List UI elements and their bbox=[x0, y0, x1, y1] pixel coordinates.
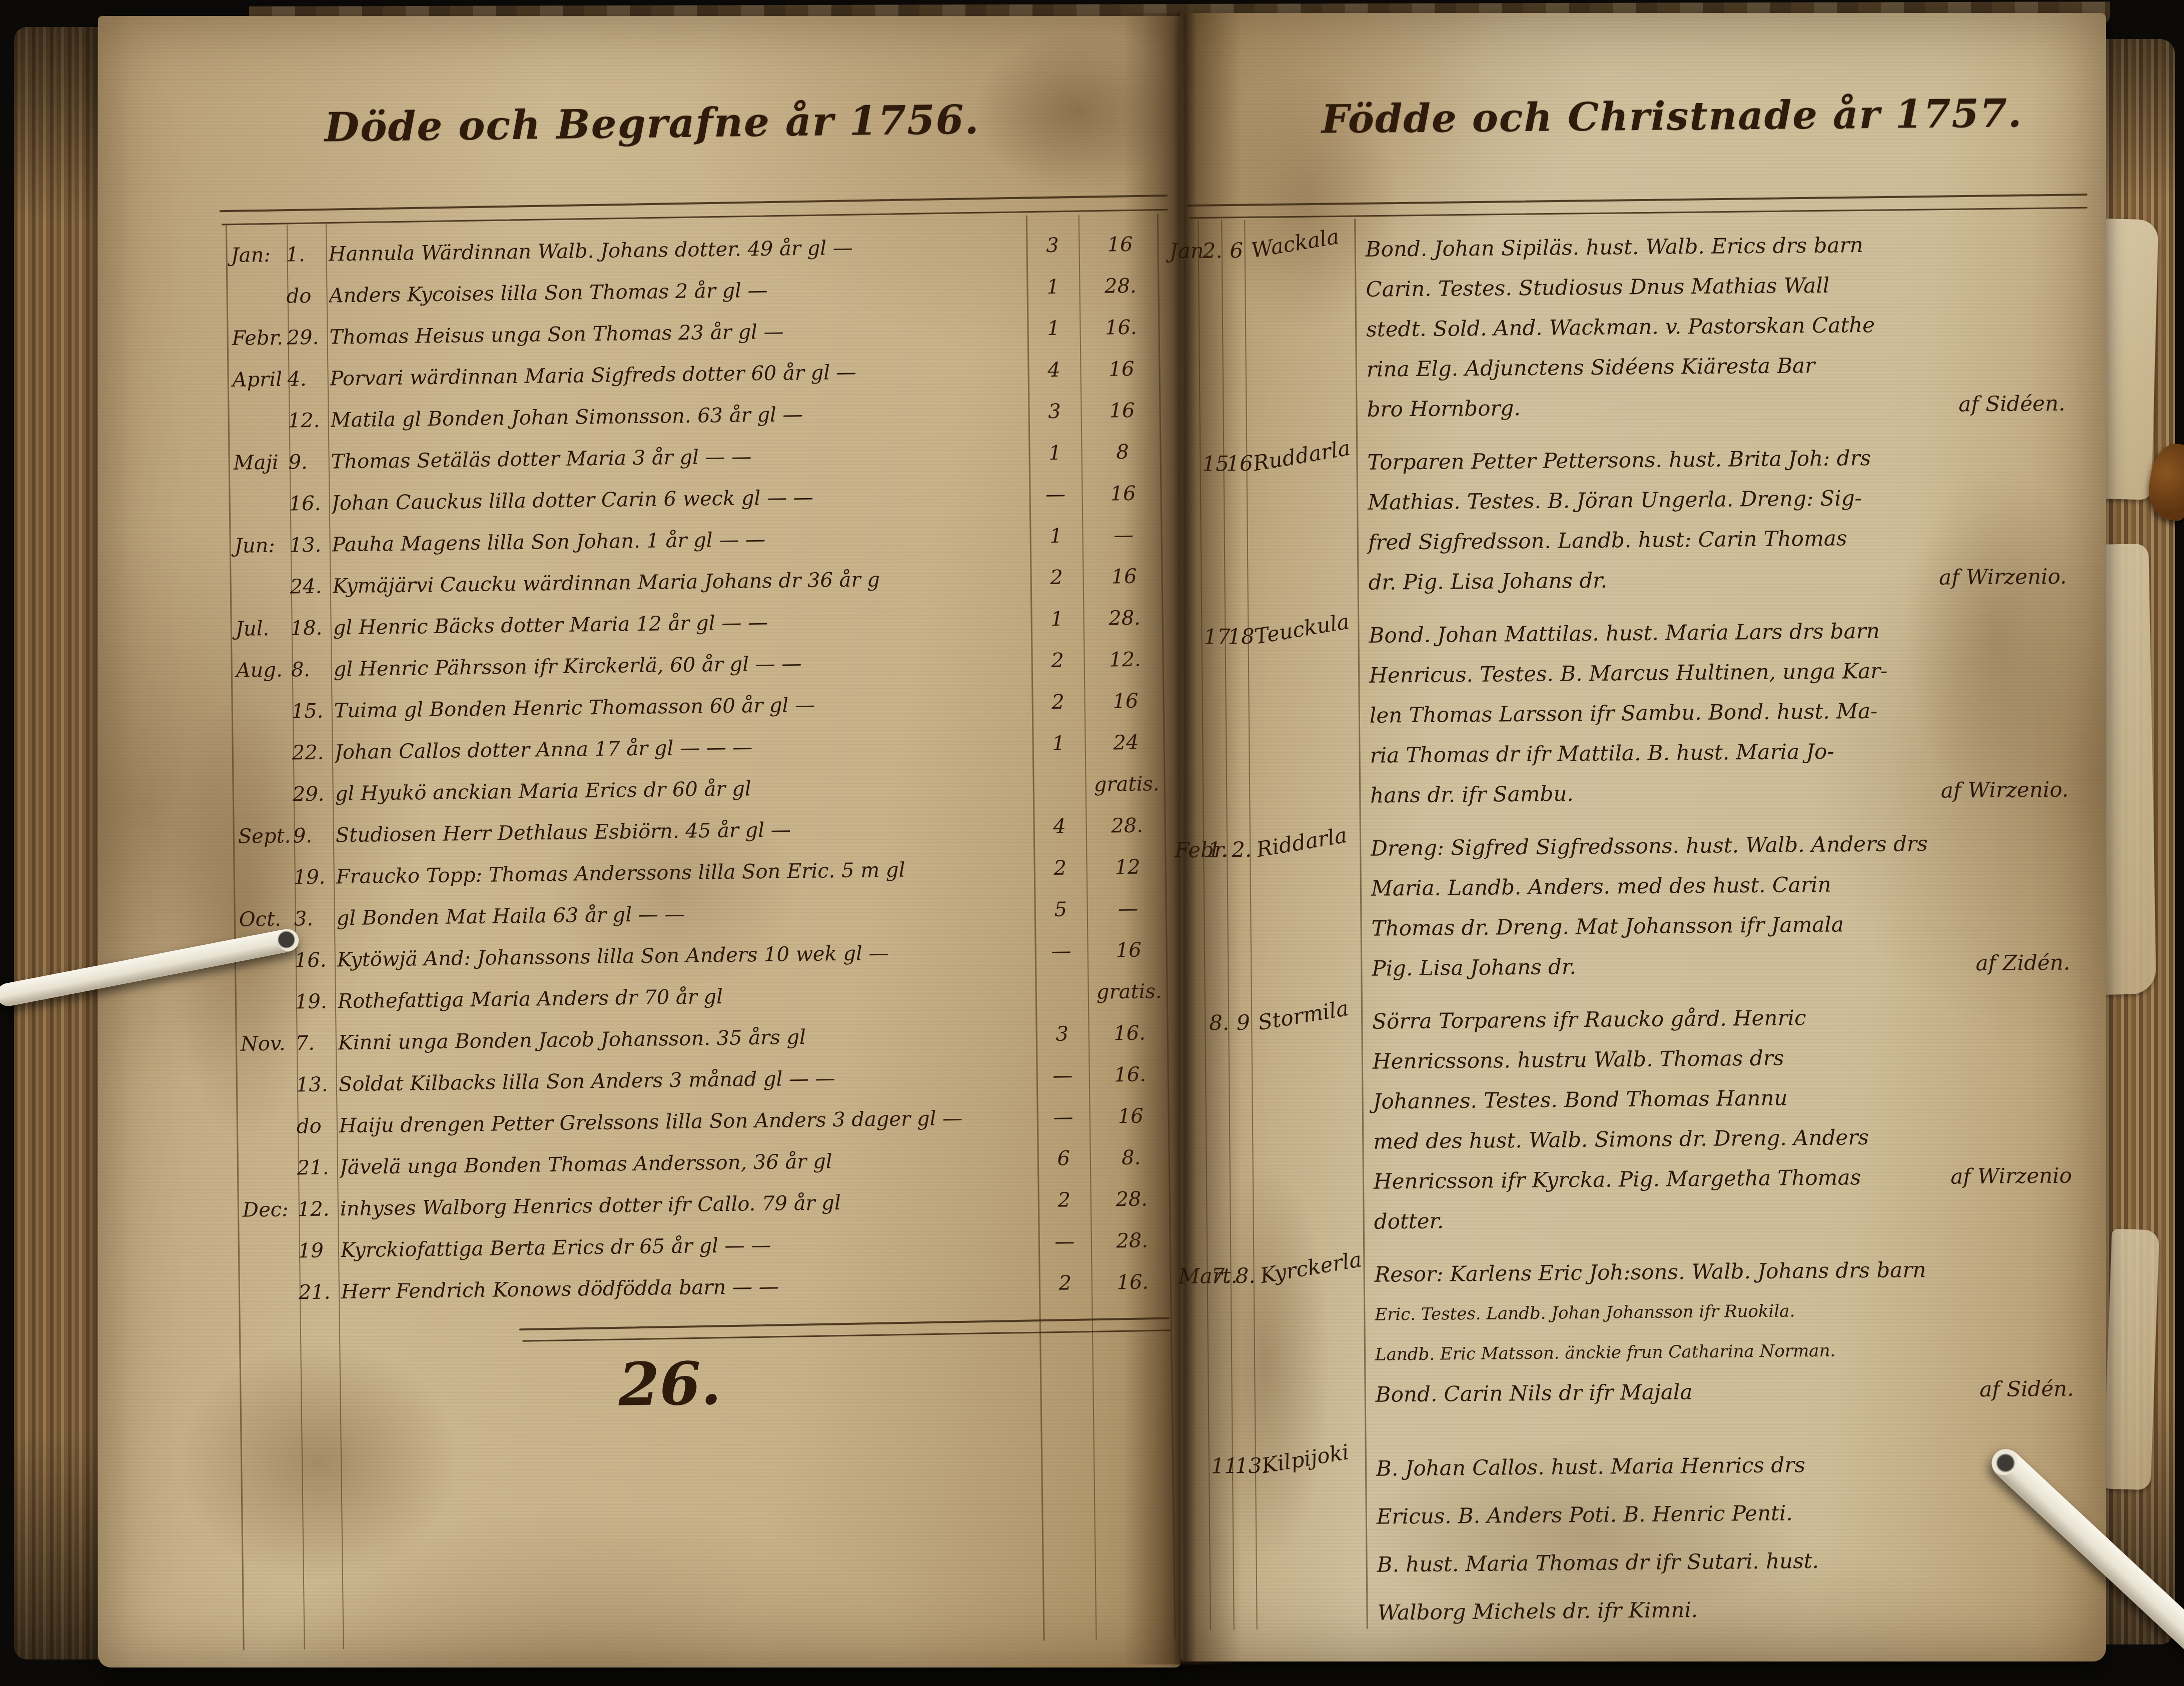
entry-line: Landb. Eric Matsson. änckie frun Cathari… bbox=[1375, 1341, 1836, 1365]
day-cell: 21. bbox=[298, 1271, 341, 1313]
baptism-day-cell: 8. bbox=[1233, 1256, 1258, 1296]
entry-line: Bond. Johan Sipiläs. hust. Walb. Erics d… bbox=[1366, 233, 1863, 262]
fee-col1: 2 bbox=[1033, 847, 1086, 889]
fee-col1: 4 bbox=[1033, 806, 1086, 848]
place-name: Riddarla bbox=[1254, 814, 1378, 867]
entry-line: hans dr. ifr Sambu. bbox=[1370, 781, 1574, 808]
place-name: Stormila bbox=[1256, 987, 1380, 1040]
day-cell: 24. bbox=[290, 566, 333, 608]
fee-col1: 2 bbox=[1038, 1262, 1091, 1304]
month-cell bbox=[237, 774, 293, 816]
day-cell: 15. bbox=[291, 690, 334, 732]
day-cell: 19. bbox=[293, 856, 336, 898]
day-cell: 19 bbox=[298, 1230, 341, 1272]
place-name: Kyrckerla bbox=[1258, 1240, 1382, 1293]
fee-col1: 3 bbox=[1026, 225, 1079, 267]
fee-col2: gratis. bbox=[1087, 971, 1171, 1013]
month-cell bbox=[237, 732, 292, 774]
torn-page-scrap bbox=[2103, 1229, 2159, 1490]
page-title: Födde och Christnade år 1757. bbox=[1309, 91, 2035, 143]
fee-col1: 1 bbox=[1028, 432, 1081, 474]
fee-col1 bbox=[1035, 972, 1088, 1014]
entry-line: bro Hornborg. bbox=[1367, 396, 1521, 422]
baptism-day-cell: 16 bbox=[1226, 444, 1251, 484]
fee-col1: 4 bbox=[1027, 349, 1080, 391]
fee-col1: 2 bbox=[1030, 557, 1083, 599]
entry-line: Dreng: Sigfred Sigfredssons. hust. Walb.… bbox=[1371, 831, 1928, 861]
entry-body: Sörra Torparens ifr Raucko gård. Henric … bbox=[1372, 995, 2089, 1241]
baptism-entry: Mart. 7. 8. Kyrckerla Resor: Karlens Eri… bbox=[1189, 1248, 2091, 1416]
fee-col1: 2 bbox=[1031, 681, 1084, 723]
fee-col2: 16 bbox=[1084, 680, 1167, 723]
baptism-day-cell: 6 bbox=[1224, 231, 1249, 271]
baptism-entry: Jan. 2. 6 Wackala Bond. Johan Sipiläs. h… bbox=[1180, 223, 2082, 431]
entry-line: B. hust. Maria Thomas dr ifr Sutari. hus… bbox=[1377, 1548, 1819, 1577]
fee-col1: — bbox=[1029, 474, 1082, 516]
fee-col2: 16 bbox=[1082, 556, 1166, 598]
right-page: Födde och Christnade år 1757. Jan. 2. 6 … bbox=[1181, 13, 2106, 1661]
entry-line: Resor: Karlens Eric Joh:sons. Walb. Joha… bbox=[1374, 1257, 1926, 1287]
summary-rule bbox=[519, 1317, 1170, 1331]
fee-col1: 1 bbox=[1032, 723, 1085, 765]
day-cell: 8. bbox=[291, 649, 334, 691]
entry-line: Carin. Testes. Studiosus Dnus Mathias Wa… bbox=[1366, 273, 1829, 302]
day-cell: 18. bbox=[290, 607, 333, 649]
entry-line: Sörra Torparens ifr Raucko gård. Henric bbox=[1372, 1005, 1806, 1034]
entry-line: Eric. Testes. Landb. Johan Johansson ifr… bbox=[1375, 1301, 1795, 1324]
entry-line: Henricus. Testes. B. Marcus Hultinen, un… bbox=[1369, 659, 1888, 688]
day-cell: 13. bbox=[289, 524, 332, 566]
month-cell bbox=[242, 1147, 297, 1189]
entry-line: dotter. bbox=[1374, 1209, 1444, 1234]
fee-col1: 2 bbox=[1037, 1179, 1090, 1221]
fee-col2: 16 bbox=[1080, 390, 1164, 432]
baptism-day-cell: 18 bbox=[1228, 617, 1252, 657]
month-cell: Jan: bbox=[231, 235, 286, 277]
entry-line: Maria. Landb. Anders. med des hust. Cari… bbox=[1371, 872, 1831, 901]
day-cell: 22. bbox=[292, 732, 335, 774]
baptism-entry: 17 18 Teuckula Bond. Johan Mattilas. hus… bbox=[1184, 609, 2085, 817]
entry-line: Pig. Lisa Johans dr. bbox=[1372, 954, 1576, 981]
fee-col1: 3 bbox=[1035, 1013, 1088, 1055]
entry-line: dr. Pig. Lisa Johans dr. bbox=[1368, 568, 1607, 595]
day-cell: 3. bbox=[294, 898, 337, 940]
officiant-attribution: af Sidéen. bbox=[1958, 384, 2065, 425]
month-cell: Jun: bbox=[234, 525, 290, 567]
entry-line: Henricssons. hustru Walb. Thomas drs bbox=[1373, 1046, 1784, 1074]
baptism-entry: Febr. 1. 2. Riddarla Dreng: Sigfred Sigf… bbox=[1186, 822, 2087, 990]
fee-col1: 6 bbox=[1037, 1138, 1090, 1180]
header-rule bbox=[1187, 194, 2087, 207]
fee-col2: gratis. bbox=[1085, 763, 1168, 806]
fee-col1: — bbox=[1036, 1055, 1089, 1097]
fee-col2: 24 bbox=[1084, 722, 1168, 764]
fee-col2: 28. bbox=[1090, 1220, 1174, 1262]
fee-col2: — bbox=[1086, 888, 1170, 930]
baptism-entry: 11. 13. Kilpijoki B. Johan Callos. hust.… bbox=[1191, 1438, 2093, 1638]
officiant-attribution: af Wirzenio. bbox=[1939, 557, 2067, 598]
entry-line: stedt. Sold. And. Wackman. v. Pastorskan… bbox=[1366, 313, 1875, 342]
day-cell: 1. bbox=[286, 234, 329, 276]
entry-body: B. Johan Callos. hust. Maria Henrics drs… bbox=[1376, 1438, 2093, 1636]
left-page-content: Döde och Begrafne år 1756. Jan:1.Hannula… bbox=[88, 10, 1191, 1674]
fee-col2: 16. bbox=[1088, 1054, 1172, 1096]
fee-col2: 16 bbox=[1089, 1095, 1172, 1138]
birth-day-cell: 7. bbox=[1209, 1256, 1234, 1296]
birth-day-cell: 17 bbox=[1204, 617, 1228, 657]
header-rule bbox=[220, 195, 1168, 212]
day-cell: 21. bbox=[297, 1147, 340, 1189]
fee-col1: — bbox=[1034, 930, 1087, 972]
month-cell bbox=[233, 401, 288, 443]
entry-line: rina Elg. Adjunctens Sidéens Kiäresta Ba… bbox=[1367, 353, 1815, 382]
fee-col1: 1 bbox=[1027, 308, 1080, 350]
day-cell: 7. bbox=[295, 1022, 338, 1064]
fee-col2: 28. bbox=[1085, 805, 1169, 847]
month-cell bbox=[243, 1272, 299, 1314]
month-cell: April bbox=[232, 359, 288, 401]
fee-col2: 8 bbox=[1081, 431, 1164, 474]
baptism-entry: 8. 9 Stormila Sörra Torparens ifr Raucko… bbox=[1187, 995, 2089, 1243]
entry-line: med des hust. Walb. Simons dr. Dreng. An… bbox=[1373, 1125, 1869, 1154]
fee-col1: 1 bbox=[1030, 598, 1083, 640]
fee-col2: 12. bbox=[1083, 639, 1167, 681]
fee-col2: 16. bbox=[1091, 1261, 1174, 1304]
entry-line: Ericus. B. Anders Poti. B. Henric Penti. bbox=[1377, 1500, 1793, 1528]
officiant-attribution: af Sidén. bbox=[1979, 1369, 2074, 1410]
entry-text: Herr Fendrich Konows dödfödda barn — — bbox=[341, 1263, 1039, 1313]
month-cell bbox=[231, 276, 287, 318]
officiant-attribution: af Zidén. bbox=[1975, 943, 2070, 984]
fee-col2: 16. bbox=[1088, 1012, 1171, 1055]
fee-col2: 16 bbox=[1080, 348, 1163, 391]
day-cell: 12. bbox=[288, 400, 331, 442]
header-rule bbox=[1189, 207, 2087, 219]
entry-line: Bond. Carin Nils dr ifr Majala bbox=[1375, 1379, 1692, 1407]
month-cell bbox=[243, 1230, 298, 1272]
month-cell bbox=[241, 1064, 296, 1106]
day-cell: 16. bbox=[294, 939, 337, 981]
month-cell: Dec: bbox=[242, 1189, 298, 1231]
day-cell: 9. bbox=[288, 441, 331, 483]
entry-line: Walborg Michels dr. ifr Kimni. bbox=[1377, 1597, 1698, 1625]
baptism-day-cell: 2. bbox=[1230, 830, 1254, 870]
month-cell: Aug. bbox=[236, 649, 291, 691]
summary-rule bbox=[522, 1329, 1171, 1341]
entry-line: ria Thomas dr ifr Mattila. B. hust. Mari… bbox=[1370, 739, 1834, 768]
entry-line: Bond. Johan Mattilas. hust. Maria Lars d… bbox=[1369, 619, 1880, 648]
birth-day-cell: 11. bbox=[1211, 1446, 1236, 1486]
baptism-records: Jan. 2. 6 Wackala Bond. Johan Sipiläs. h… bbox=[1180, 223, 2093, 1651]
baptism-day-cell: 9 bbox=[1231, 1003, 1256, 1043]
month-cell: Nov. bbox=[240, 1023, 296, 1065]
entry-body: Bond. Johan Mattilas. hust. Maria Lars d… bbox=[1369, 609, 2085, 815]
fee-col1: 2 bbox=[1031, 640, 1084, 682]
day-cell: 13. bbox=[296, 1064, 339, 1106]
place-name: Kilpijoki bbox=[1259, 1430, 1383, 1483]
entry-line: Torparen Petter Pettersons. hust. Brita … bbox=[1367, 446, 1871, 475]
month-cell bbox=[240, 981, 295, 1023]
entry-line: Thomas dr. Dreng. Mat Johansson ifr Jama… bbox=[1371, 912, 1844, 941]
fee-col2: 28. bbox=[1083, 597, 1166, 640]
day-cell: 19. bbox=[295, 981, 338, 1023]
month-cell bbox=[234, 484, 289, 526]
birth-day-cell: 15 bbox=[1202, 444, 1227, 484]
day-cell: 16. bbox=[289, 483, 332, 525]
day-cell: 9. bbox=[293, 815, 336, 857]
fee-col2: 12 bbox=[1086, 846, 1169, 889]
day-cell: 4. bbox=[287, 358, 330, 400]
month-cell bbox=[235, 566, 290, 608]
entry-body: Resor: Karlens Eric Joh:sons. Walb. Joha… bbox=[1374, 1248, 2091, 1414]
fee-col1: 3 bbox=[1028, 391, 1081, 433]
fee-col2: 16. bbox=[1079, 307, 1163, 349]
fee-col1: 5 bbox=[1034, 889, 1087, 931]
day-cell: 29. bbox=[292, 773, 335, 815]
officiant-attribution: af Wirzenio bbox=[1950, 1156, 2072, 1197]
month-cell: Maji bbox=[233, 442, 289, 484]
burial-table: Jan:1.Hannula Wärdinnan Walb. Johans dot… bbox=[231, 224, 1174, 1314]
officiant-attribution: af Wirzenio. bbox=[1941, 770, 2069, 811]
baptism-day-cell: 13. bbox=[1235, 1446, 1260, 1486]
fee-col1: — bbox=[1038, 1221, 1091, 1263]
entry-body: Torparen Petter Pettersons. hust. Brita … bbox=[1367, 436, 2084, 602]
fee-col2: 28. bbox=[1079, 265, 1162, 308]
month-cell bbox=[241, 1106, 297, 1148]
place-name: Teuckula bbox=[1252, 601, 1376, 654]
fee-col2: 8. bbox=[1089, 1137, 1173, 1179]
month-cell: Sept. bbox=[238, 815, 293, 857]
fee-col1: — bbox=[1036, 1096, 1089, 1138]
fee-col2: — bbox=[1082, 514, 1165, 557]
fee-col2: 28. bbox=[1090, 1178, 1173, 1221]
month-cell bbox=[236, 691, 292, 733]
day-cell: do bbox=[296, 1105, 339, 1147]
entry-line: B. Johan Callos. hust. Maria Henrics drs bbox=[1376, 1452, 1805, 1480]
entry-line: Henricsson ifr Kyrcka. Pig. Margetha Tho… bbox=[1374, 1165, 1861, 1193]
birth-day-cell: 8. bbox=[1207, 1003, 1232, 1043]
page-title: Döde och Begrafne år 1756. bbox=[289, 96, 1015, 152]
month-cell: Jul. bbox=[235, 608, 291, 650]
birth-day-cell: 2. bbox=[1200, 231, 1225, 271]
entry-line: Mathias. Testes. B. Jöran Ungerla. Dreng… bbox=[1368, 486, 1862, 515]
entry-line: len Thomas Larsson ifr Sambu. Bond. hust… bbox=[1370, 699, 1878, 728]
annual-total: 26. bbox=[579, 1348, 760, 1419]
fee-col1: 1 bbox=[1026, 266, 1079, 308]
place-name: Wackala bbox=[1249, 215, 1373, 268]
entry-body: Bond. Johan Sipiläs. hust. Walb. Erics d… bbox=[1365, 223, 2082, 429]
day-cell: do bbox=[286, 276, 329, 318]
baptism-entry: 15 16 Ruddarla Torparen Petter Petterson… bbox=[1182, 436, 2084, 604]
fee-col1: 1 bbox=[1029, 515, 1082, 557]
fee-col2: 16 bbox=[1081, 473, 1165, 515]
fee-col1 bbox=[1032, 764, 1085, 806]
fee-col2: 16 bbox=[1087, 929, 1170, 972]
birth-day-cell: 1. bbox=[1206, 830, 1230, 870]
entry-line: fred Sigfredsson. Landb. hust: Carin Tho… bbox=[1368, 526, 1847, 554]
month-cell: Febr. bbox=[232, 318, 287, 360]
month-cell bbox=[238, 857, 294, 899]
fee-col2: 16 bbox=[1078, 224, 1162, 266]
entry-body: Dreng: Sigfred Sigfredssons. hust. Walb.… bbox=[1371, 822, 2087, 988]
entry-line: Johannes. Testes. Bond Thomas Hannu bbox=[1373, 1086, 1787, 1114]
day-cell: 29. bbox=[287, 317, 330, 359]
place-name: Ruddarla bbox=[1251, 428, 1375, 481]
open-parish-register-book: Döde och Begrafne år 1756. Jan:1.Hannula… bbox=[14, 4, 2175, 1682]
right-page-content: Födde och Christnade år 1757. Jan. 2. 6 … bbox=[1174, 9, 2113, 1665]
day-cell: 12. bbox=[297, 1188, 340, 1230]
left-page: Döde och Begrafne år 1756. Jan:1.Hannula… bbox=[98, 16, 1181, 1667]
